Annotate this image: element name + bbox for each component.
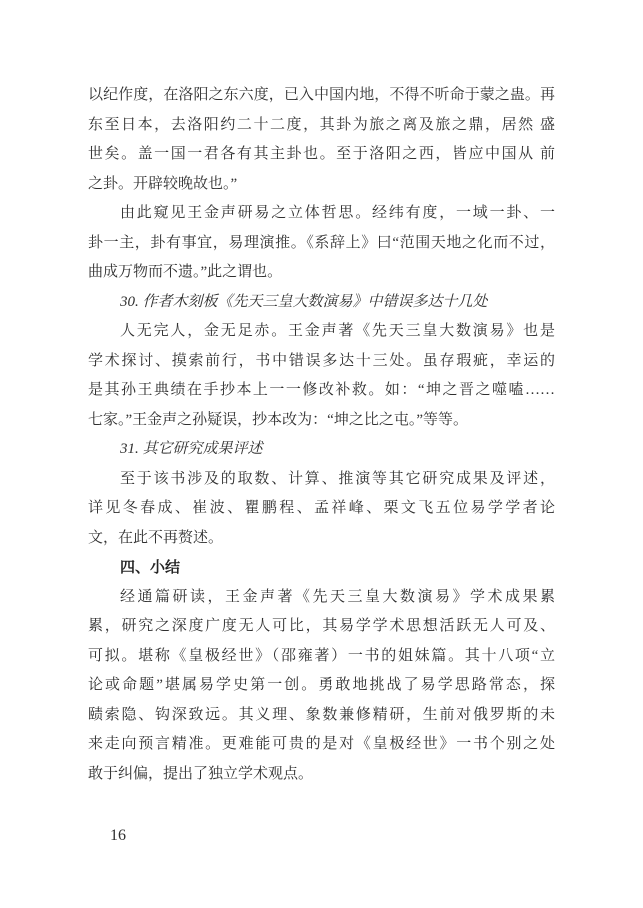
text-line: 文，在此不再赘述。 bbox=[88, 524, 555, 554]
body-paragraph: 至于该书涉及的取数、计算、推演等其它研究成果及评述，详见冬春成、崔波、瞿鹏程、孟… bbox=[88, 465, 555, 554]
text-line: 东至日本，去洛阳约二十二度，其卦为旅之离及旅之鼎，居然 盛 bbox=[88, 111, 555, 141]
text-line: 累，研究之深度广度无人可比，其易学学术思想活跃无人可及、 bbox=[88, 612, 555, 642]
text-line: 至于该书涉及的取数、计算、推演等其它研究成果及评述， bbox=[88, 465, 555, 495]
text-line: 详见冬春成、崔波、瞿鹏程、孟祥峰、栗文飞五位易学学者论 bbox=[88, 494, 555, 524]
text-line: 是其孙王典绩在手抄本上一一修改补救。如：“坤之晋之噬嗑…… bbox=[88, 376, 555, 406]
text-line: 敢于纠偏，提出了独立学术观点。 bbox=[88, 760, 555, 790]
section-subheading: 30. 作者木刻板《先天三皇大数演易》中错误多达十几处 bbox=[88, 288, 555, 318]
section-subheading: 31. 其它研究成果评述 bbox=[88, 435, 555, 465]
text-line: 31. 其它研究成果评述 bbox=[88, 435, 555, 465]
text-line: 曲成万物而不遗。”此之谓也。 bbox=[88, 258, 555, 288]
text-line: 由此窥见王金声研易之立体哲思。经纬有度，一域一卦、一 bbox=[88, 199, 555, 229]
text-line: 赜索隐、钩深致远。其义理、象数兼修精研，生前对俄罗斯的未 bbox=[88, 701, 555, 731]
section-heading: 四、小结 bbox=[88, 553, 555, 583]
text-line: 来走向预言精准。更难能可贵的是对《皇极经世》一书个别之处 bbox=[88, 730, 555, 760]
text-line: 以纪作度，在洛阳之东六度，已入中国内地，不得不听命于蒙之蛊。再 bbox=[88, 81, 555, 111]
document-page: 以纪作度，在洛阳之东六度，已入中国内地，不得不听命于蒙之蛊。再东至日本，去洛阳约… bbox=[0, 0, 643, 908]
text-line: 论或命题”堪属易学史第一创。勇敢地挑战了易学思路常态，探 bbox=[88, 671, 555, 701]
text-line: 人无完人，金无足赤。王金声著《先天三皇大数演易》也是 bbox=[88, 317, 555, 347]
text-line: 四、小结 bbox=[88, 553, 555, 583]
document-content: 以纪作度，在洛阳之东六度，已入中国内地，不得不听命于蒙之蛊。再东至日本，去洛阳约… bbox=[88, 81, 555, 789]
body-paragraph: 以纪作度，在洛阳之东六度，已入中国内地，不得不听命于蒙之蛊。再东至日本，去洛阳约… bbox=[88, 81, 555, 199]
body-paragraph: 由此窥见王金声研易之立体哲思。经纬有度，一域一卦、一卦一主，卦有事宜，易理演推。… bbox=[88, 199, 555, 288]
text-line: 之卦。开辟较晚故也。” bbox=[88, 170, 555, 200]
body-paragraph: 经通篇研读，王金声著《先天三皇大数演易》学术成果累累，研究之深度广度无人可比，其… bbox=[88, 583, 555, 790]
text-line: 七家。”王金声之孙疑误，抄本改为：“坤之比之屯。”等等。 bbox=[88, 406, 555, 436]
text-line: 30. 作者木刻板《先天三皇大数演易》中错误多达十几处 bbox=[88, 288, 555, 318]
text-line: 经通篇研读，王金声著《先天三皇大数演易》学术成果累 bbox=[88, 583, 555, 613]
text-line: 学术探讨、摸索前行，书中错误多达十三处。虽存瑕疵，幸运的 bbox=[88, 347, 555, 377]
text-line: 可拟。堪称《皇极经世》（邵雍著）一书的姐妹篇。其十八项“立 bbox=[88, 642, 555, 672]
body-paragraph: 人无完人，金无足赤。王金声著《先天三皇大数演易》也是学术探讨、摸索前行，书中错误… bbox=[88, 317, 555, 435]
text-line: 卦一主，卦有事宜，易理演推。《系辞上》曰“范围天地之化而不过， bbox=[88, 229, 555, 259]
page-number: 16 bbox=[110, 827, 126, 845]
text-line: 世矣。盖一国一君各有其主卦也。至于洛阳之西，皆应中国从 前 bbox=[88, 140, 555, 170]
